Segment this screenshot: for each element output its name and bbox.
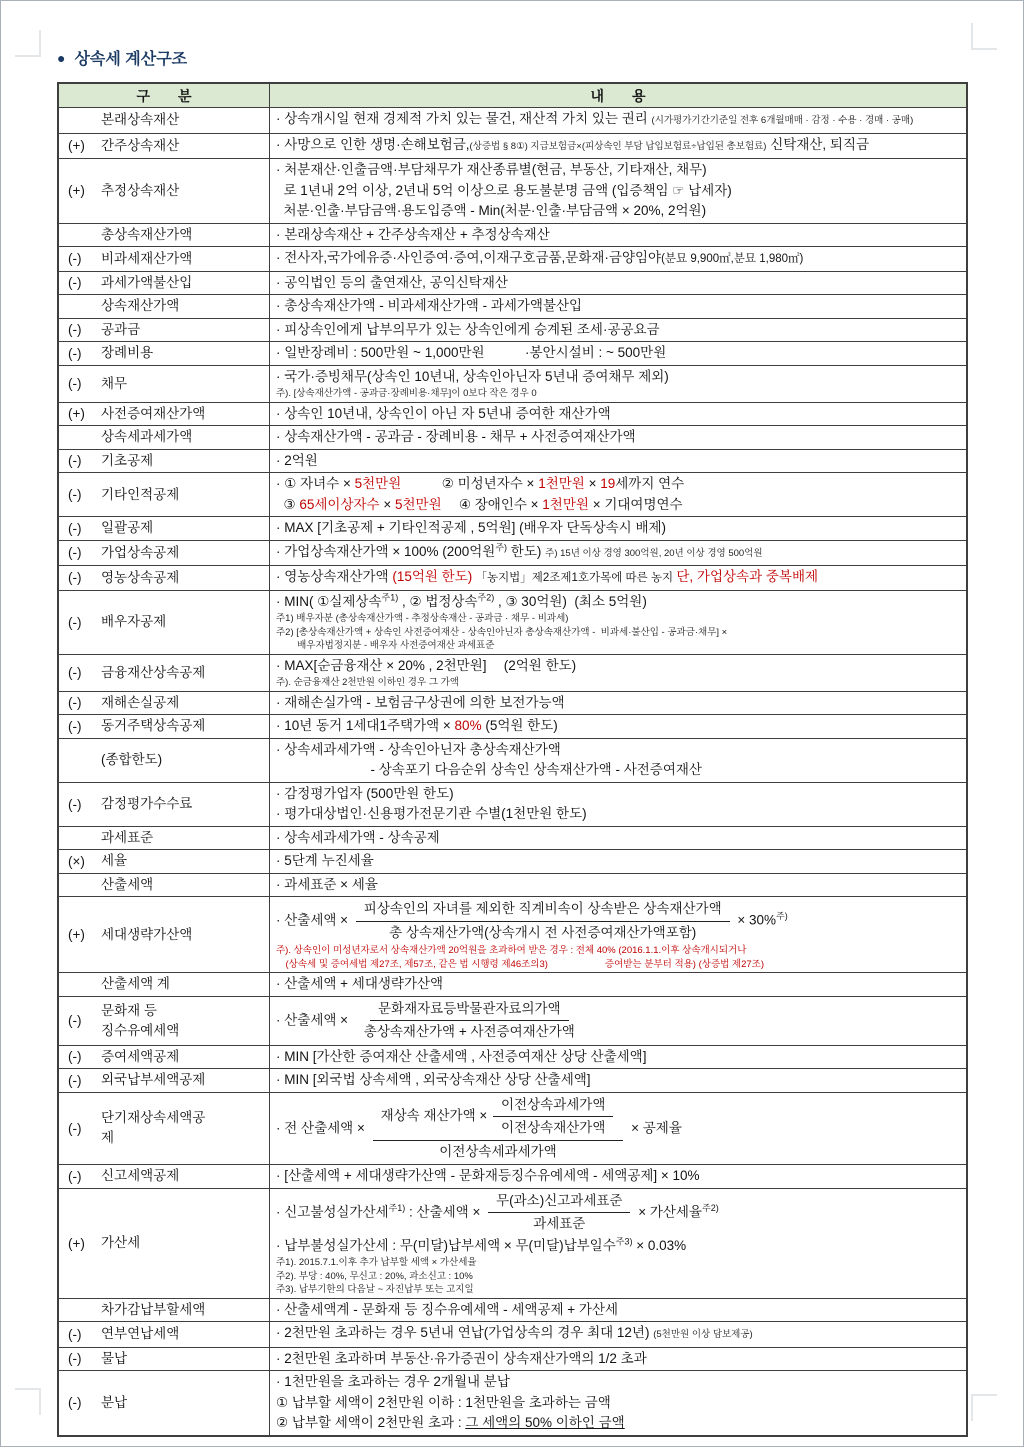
row-content: · 산출세액 + 세대생략가산액 [270, 973, 966, 996]
fraction: 피상속인의 자녀를 제외한 직계비속이 상속받은 상속재산가액총 상속재산가액(… [356, 899, 730, 943]
row-operator: (-) [59, 545, 101, 560]
table-row: (-)금융재산상속공제· MAX[순금융재산 × 20% , 2천만원] (2억… [59, 654, 966, 691]
row-label: 일괄공제 [101, 517, 269, 539]
row-operator: (-) [59, 1049, 101, 1064]
row-operator: (-) [59, 346, 101, 361]
row-operator: (-) [59, 453, 101, 468]
crop-mark-top-right-icon [971, 23, 997, 50]
row-label: 세율 [101, 850, 269, 872]
row-content: · 2억원 [270, 450, 966, 473]
fraction: 무(과소)신고과세표준과세표준 [488, 1191, 630, 1235]
row-content: · MIN( ①실제상속주1) , ② 법정상속주2) , ③ 30억원) (최… [270, 591, 966, 654]
row-content: · 전사자,국가에유증·사인증여·증여,이재구호금품,문화재·금양임야(분묘 9… [270, 247, 966, 271]
table-row: (+)가산세· 신고불성실가산세주1) : 산출세액 × 무(과소)신고과세표준… [59, 1188, 966, 1298]
row-operator: (-) [59, 1327, 101, 1342]
row-label: 외국납부세액공제 [101, 1069, 269, 1091]
row-operator: (-) [59, 251, 101, 266]
table-row: (-)공과금· 피상속인에게 납부의무가 있는 상속인에게 승계된 조세·공공요… [59, 318, 966, 342]
row-content: · MAX [기초공제 + 기타인적공제 , 5억원] (배우자 단독상속시 배… [270, 517, 966, 540]
page-title-text: 상속세 계산구조 [74, 46, 187, 69]
table-row: 총상속재산가액· 본래상속재산 + 간주상속재산 + 추정상속재산 [59, 223, 966, 247]
row-label: 간주상속재산 [101, 135, 269, 157]
table-row: (-)단기재상속세액공 제· 전 산출세액 × 재상속 재산가액 × 이전상속과… [59, 1092, 966, 1165]
row-content: · 과세표준 × 세율 [270, 874, 966, 897]
table-row: 차가감납부할세액· 산출세액계 - 문화재 등 징수유예세액 - 세액공제 + … [59, 1298, 966, 1322]
row-label: 산출세액 계 [101, 973, 269, 995]
row-label: 기초공제 [101, 450, 269, 472]
row-content: · 감정평가업자 (500만원 한도)· 평가대상법인·신용평가전문기관 수별(… [270, 783, 966, 826]
row-operator: (×) [59, 854, 101, 869]
row-label: 증여세액공제 [101, 1046, 269, 1068]
table-row: 산출세액· 과세표준 × 세율 [59, 873, 966, 897]
table-row: (-)문화재 등 징수유예세액· 산출세액 × 문화재자료등박물관자료의가액총상… [59, 996, 966, 1045]
row-operator: (-) [59, 1395, 101, 1410]
row-label: 동거주택상속공제 [101, 715, 269, 737]
table-row: (-)기타인적공제· ① 자녀수 × 5천만원 ② 미성년자수 × 1천만원 ×… [59, 472, 966, 516]
row-label: 감정평가수수료 [101, 793, 269, 815]
table-row: (-)과세가액불산입· 공익법인 등의 출연재산, 공익신탁재산 [59, 271, 966, 295]
row-operator: (+) [59, 927, 101, 942]
table-row: 과세표준· 상속세과세가액 - 상속공제 [59, 826, 966, 850]
row-operator: (-) [59, 1169, 101, 1184]
table-row: (-)외국납부세액공제· MIN [외국법 상속세액 , 외국상속재산 상당 산… [59, 1068, 966, 1092]
row-content: · 재해손실가액 - 보험금구상권에 의한 보전가능액 [270, 692, 966, 715]
row-content: · MIN [외국법 상속세액 , 외국상속재산 상당 산출세액] [270, 1069, 966, 1092]
table-row: (-)물납· 2천만원 초과하며 부동산·유가증권이 상속재산가액의 1/2 초… [59, 1347, 966, 1371]
row-label: 문화재 등 징수유예세액 [101, 1000, 269, 1042]
row-content: · 처분재산·인출금액·부담채무가 재산종류별(현금, 부동산, 기타재산, 채… [270, 159, 966, 223]
row-label: 과세가액불산입 [101, 272, 269, 294]
row-label: 장례비용 [101, 342, 269, 364]
row-label: 채무 [101, 373, 269, 395]
table-row: (-)배우자공제· MIN( ①실제상속주1) , ② 법정상속주2) , ③ … [59, 590, 966, 654]
row-label: 세대생략가산액 [101, 924, 269, 946]
row-content: · 2천만원 초과하는 경우 5년내 연납(가업상속의 경우 최대 12년) (… [270, 1322, 966, 1347]
row-label: 영농상속공제 [101, 567, 269, 589]
row-operator: (-) [59, 719, 101, 734]
row-content: · 영농상속재산가액 (15억원 한도) 「농지법」제2조제1호가목에 따른 농… [270, 566, 966, 590]
crop-mark-top-left-icon [15, 30, 41, 57]
row-label: (종합한도) [101, 749, 269, 771]
table-row: (-)감정평가수수료· 감정평가업자 (500만원 한도)· 평가대상법인·신용… [59, 782, 966, 826]
row-content: · 국가·증빙채무(상속인 10년내, 상속인아닌자 5년내 증여채무 제외)주… [270, 366, 966, 402]
table-row: 본래상속재산· 상속개시일 현재 경제적 가치 있는 물건, 재산적 가치 있는… [59, 107, 966, 133]
row-operator: (-) [59, 797, 101, 812]
crop-mark-bottom-right-icon [971, 1394, 997, 1421]
row-content: · 상속인 10년내, 상속인이 아닌 자 5년내 증여한 재산가액 [270, 403, 966, 426]
row-label: 배우자공제 [101, 611, 269, 633]
row-operator: (-) [59, 322, 101, 337]
table-row: (-)가업상속공제· 가업상속재산가액 × 100% (200억원주) 한도) … [59, 540, 966, 566]
row-content: · 상속세과세가액 - 상속공제 [270, 827, 966, 850]
row-content: · 상속세과세가액 - 상속인아닌자 총상속재산가액 - 상속포기 다음순위 상… [270, 739, 966, 782]
row-content: · 전 산출세액 × 재상속 재산가액 × 이전상속과세가액이전상속재산가액이전… [270, 1093, 966, 1165]
row-label: 본래상속재산 [101, 109, 269, 131]
table-row: 산출세액 계· 산출세액 + 세대생략가산액 [59, 972, 966, 996]
row-operator: (-) [59, 570, 101, 585]
fraction: 재상속 재산가액 × 이전상속과세가액이전상속재산가액이전상속세과세가액 [373, 1095, 624, 1163]
row-content: · 신고불성실가산세주1) : 산출세액 × 무(과소)신고과세표준과세표준 ×… [270, 1189, 966, 1298]
row-operator: (-) [59, 1013, 101, 1028]
row-operator: (+) [59, 1236, 101, 1251]
fraction: 문화재자료등박물관자료의가액총상속재산가액 + 사전증여재산가액 [356, 999, 583, 1043]
table-row: (-)동거주택상속공제· 10년 동거 1세대1주택가액 × 80% (5억원 … [59, 714, 966, 738]
row-content: · 피상속인에게 납부의무가 있는 상속인에게 승계된 조세·공공요금 [270, 319, 966, 342]
table-row: (-)연부연납세액· 2천만원 초과하는 경우 5년내 연납(가업상속의 경우 … [59, 1321, 966, 1347]
row-label: 총상속재산가액 [101, 224, 269, 246]
row-content: · 총상속재산가액 - 비과세재산가액 - 과세가액불산입 [270, 295, 966, 318]
column-header-content: 내 용 [270, 84, 966, 107]
row-content: · 1천만원을 초과하는 경우 2개월내 분납① 납부할 세액이 2천만원 이하… [270, 1371, 966, 1435]
table-row: (-)재해손실공제· 재해손실가액 - 보험금구상권에 의한 보전가능액 [59, 691, 966, 715]
row-label: 사전증여재산가액 [101, 403, 269, 425]
row-label: 산출세액 [101, 874, 269, 896]
row-content: · 5단계 누진세율 [270, 850, 966, 873]
row-operator: (+) [59, 406, 101, 421]
table-row: (-)신고세액공제· [산출세액 + 세대생략가산액 - 문화재등징수유예세액 … [59, 1164, 966, 1188]
row-operator: (-) [59, 275, 101, 290]
row-content: · 산출세액 × 문화재자료등박물관자료의가액총상속재산가액 + 사전증여재산가… [270, 997, 966, 1045]
row-label: 과세표준 [101, 827, 269, 849]
table-row: (-)증여세액공제· MIN [가산한 증여재산 산출세액 , 사전증여재산 상… [59, 1045, 966, 1069]
table-row: 상속재산가액· 총상속재산가액 - 비과세재산가액 - 과세가액불산입 [59, 294, 966, 318]
row-operator: (-) [59, 1121, 101, 1136]
row-content: · 가업상속재산가액 × 100% (200억원주) 한도) 주) 15년 이상… [270, 541, 966, 566]
row-operator: (-) [59, 695, 101, 710]
row-content: · MIN [가산한 증여재산 산출세액 , 사전증여재산 상당 산출세액] [270, 1046, 966, 1069]
row-content: · 산출세액계 - 문화재 등 징수유예세액 - 세액공제 + 가산세 [270, 1299, 966, 1322]
row-operator: (-) [59, 1073, 101, 1088]
row-label: 분납 [101, 1392, 269, 1414]
row-content: · 2천만원 초과하며 부동산·유가증권이 상속재산가액의 1/2 초과 [270, 1348, 966, 1371]
row-content: · 사망으로 인한 생명·손해보험금,(상증법 § 8①) 지급보험금×(피상속… [270, 134, 966, 159]
row-label: 가업상속공제 [101, 542, 269, 564]
row-content: · MAX[순금융재산 × 20% , 2천만원] (2억원 한도)주). 순금… [270, 655, 966, 691]
row-content: · [산출세액 + 세대생략가산액 - 문화재등징수유예세액 - 세액공제] ×… [270, 1165, 966, 1188]
row-label: 추정상속재산 [101, 180, 269, 202]
row-operator: (-) [59, 665, 101, 680]
table-row: (+)사전증여재산가액· 상속인 10년내, 상속인이 아닌 자 5년내 증여한… [59, 402, 966, 426]
row-operator: (+) [59, 183, 101, 198]
table-row: (-)기초공제· 2억원 [59, 449, 966, 473]
row-content: · 일반장례비 : 500만원 ~ 1,000만원 ·봉안시설비 : ~ 500… [270, 342, 966, 365]
row-label: 비과세재산가액 [101, 248, 269, 270]
row-operator: (-) [59, 521, 101, 536]
table-row: (+)간주상속재산· 사망으로 인한 생명·손해보험금,(상증법 § 8①) 지… [59, 133, 966, 159]
row-content: · ① 자녀수 × 5천만원 ② 미성년자수 × 1천만원 × 19세까지 연수… [270, 473, 966, 516]
fraction: 이전상속과세가액이전상속재산가액 [493, 1095, 613, 1139]
row-label: 재해손실공제 [101, 692, 269, 714]
table-row: (종합한도)· 상속세과세가액 - 상속인아닌자 총상속재산가액 - 상속포기 … [59, 738, 966, 782]
row-operator: (+) [59, 138, 101, 153]
row-label: 가산세 [101, 1232, 269, 1254]
table-row: (+)세대생략가산액· 산출세액 × 피상속인의 자녀를 제외한 직계비속이 상… [59, 896, 966, 972]
table-row: (+)추정상속재산· 처분재산·인출금액·부담채무가 재산종류별(현금, 부동산… [59, 158, 966, 223]
table-row: (-)분납· 1천만원을 초과하는 경우 2개월내 분납① 납부할 세액이 2천… [59, 1370, 966, 1435]
row-content: · 상속재산가액 - 공과금 - 장례비용 - 채무 + 사전증여재산가액 [270, 426, 966, 449]
table-row: (×)세율· 5단계 누진세율 [59, 849, 966, 873]
crop-mark-bottom-left-icon [15, 1388, 41, 1415]
row-label: 연부연납세액 [101, 1323, 269, 1345]
row-label: 상속세과세가액 [101, 426, 269, 448]
row-content: · 10년 동거 1세대1주택가액 × 80% (5억원 한도) [270, 715, 966, 738]
row-content: · 공익법인 등의 출연재산, 공익신탁재산 [270, 272, 966, 295]
table-header-row: 구 분 내 용 [59, 84, 966, 107]
table-row: (-)장례비용· 일반장례비 : 500만원 ~ 1,000만원 ·봉안시설비 … [59, 341, 966, 365]
row-label: 금융재산상속공제 [101, 662, 269, 684]
row-operator: (-) [59, 615, 101, 630]
column-header-category: 구 분 [59, 84, 270, 107]
table-row: (-)일괄공제· MAX [기초공제 + 기타인적공제 , 5억원] (배우자 … [59, 516, 966, 540]
row-content: · 상속개시일 현재 경제적 가치 있는 물건, 재산적 가치 있는 권리 (시… [270, 108, 966, 133]
page-title: ● 상속세 계산구조 [57, 46, 187, 69]
row-label: 상속재산가액 [101, 295, 269, 317]
row-label: 신고세액공제 [101, 1165, 269, 1187]
table-row: (-)비과세재산가액· 전사자,국가에유증·사인증여·증여,이재구호금품,문화재… [59, 246, 966, 271]
row-label: 단기재상속세액공 제 [101, 1107, 269, 1149]
row-label: 공과금 [101, 319, 269, 341]
bullet-icon: ● [57, 51, 65, 65]
row-operator: (-) [59, 487, 101, 502]
row-content: · 본래상속재산 + 간주상속재산 + 추정상속재산 [270, 224, 966, 247]
inheritance-tax-table: 구 분 내 용 본래상속재산· 상속개시일 현재 경제적 가치 있는 물건, 재… [57, 82, 968, 1437]
row-label: 차가감납부할세액 [101, 1299, 269, 1321]
row-label: 기타인적공제 [101, 484, 269, 506]
row-operator: (-) [59, 1351, 101, 1366]
table-row: (-)영농상속공제· 영농상속재산가액 (15억원 한도) 「농지법」제2조제1… [59, 565, 966, 590]
table-row: 상속세과세가액· 상속재산가액 - 공과금 - 장례비용 - 채무 + 사전증여… [59, 425, 966, 449]
table-row: (-)채무· 국가·증빙채무(상속인 10년내, 상속인아닌자 5년내 증여채무… [59, 365, 966, 402]
row-label: 물납 [101, 1348, 269, 1370]
row-operator: (-) [59, 376, 101, 391]
row-content: · 산출세액 × 피상속인의 자녀를 제외한 직계비속이 상속받은 상속재산가액… [270, 897, 966, 972]
